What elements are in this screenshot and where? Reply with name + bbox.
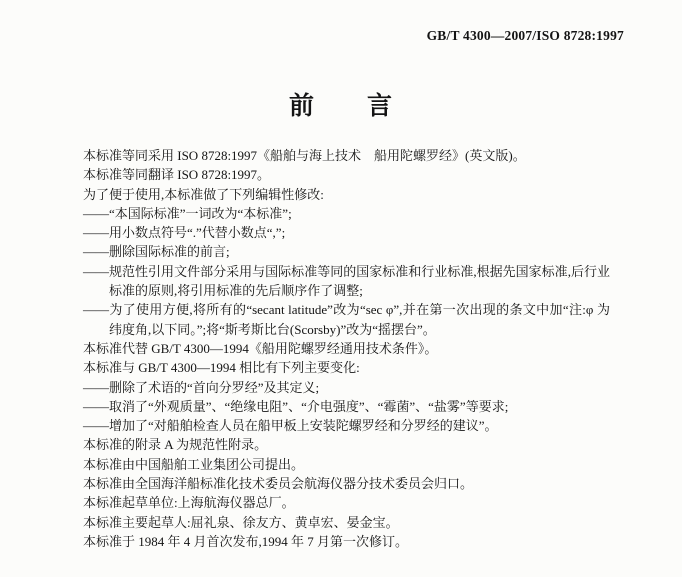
paragraph: 本标准等同采用 ISO 8728:1997《船舶与海上技术 船用陀螺罗经》(英文… — [83, 146, 610, 165]
paragraph: 本标准的附录 A 为规范性附录。 — [83, 435, 610, 454]
paragraph: 本标准于 1984 年 4 月首次发布,1994 年 7 月第一次修订。 — [83, 532, 610, 551]
standard-number: GB/T 4300—2007/ISO 8728:1997 — [427, 28, 624, 44]
list-item: ——用小数点符号“.”代替小数点“,”; — [83, 223, 610, 242]
list-item: ——删除了术语的“首向分罗经”及其定义; — [83, 378, 610, 397]
paragraph: 本标准由全国海洋船标准化技术委员会航海仪器分技术委员会归口。 — [83, 474, 610, 493]
paragraph: 本标准代替 GB/T 4300—1994《船用陀螺罗经通用技术条件》。 — [83, 339, 610, 358]
list-item: ——取消了“外观质量”、“绝缘电阻”、“介电强度”、“霉菌”、“盐雾”等要求; — [83, 397, 610, 416]
list-item: ——删除国际标准的前言; — [83, 242, 610, 261]
list-item: ——规范性引用文件部分采用与国际标准等同的国家标准和行业标准,根据先国家标准,后… — [83, 262, 610, 301]
paragraph: 为了便于使用,本标准做了下列编辑性修改: — [83, 185, 610, 204]
foreword-title: 前 言 — [0, 86, 682, 122]
foreword-body: 本标准等同采用 ISO 8728:1997《船舶与海上技术 船用陀螺罗经》(英文… — [83, 146, 610, 551]
list-item: ——“本国际标准”一词改为“本标准”; — [83, 204, 610, 223]
paragraph: 本标准等同翻译 ISO 8728:1997。 — [83, 165, 610, 184]
list-item: ——为了使用方便,将所有的“secant latitude”改为“sec φ”,… — [83, 300, 610, 339]
paragraph: 本标准由中国船舶工业集团公司提出。 — [83, 455, 610, 474]
paragraph: 本标准与 GB/T 4300—1994 相比有下列主要变化: — [83, 358, 610, 377]
paragraph: 本标准起草单位:上海航海仪器总厂。 — [83, 493, 610, 512]
list-item: ——增加了“对船舶检查人员在船甲板上安装陀螺罗经和分罗经的建议”。 — [83, 416, 610, 435]
document-page: GB/T 4300—2007/ISO 8728:1997 前 言 本标准等同采用… — [0, 0, 682, 577]
paragraph: 本标准主要起草人:屈礼泉、徐友方、黄卓宏、晏金宝。 — [83, 513, 610, 532]
